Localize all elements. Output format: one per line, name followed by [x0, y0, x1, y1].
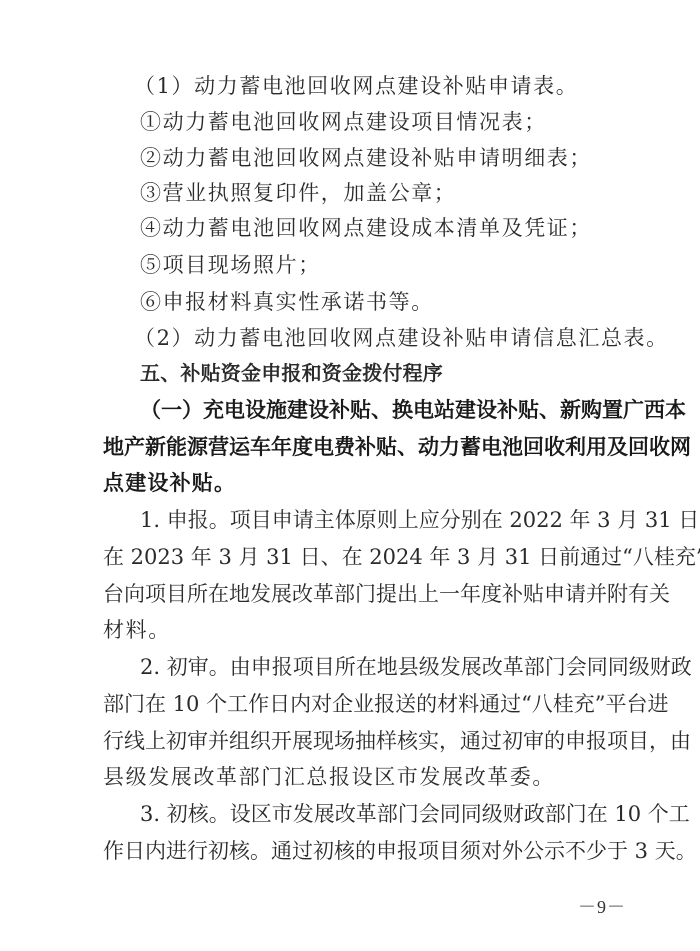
paragraph-line: 作日内进行初核。通过初核的申报项目须对外公示不少于 3 天。 — [103, 838, 615, 864]
paragraph-line: 材料。 — [103, 617, 615, 643]
attachment-sub-item: ⑥申报材料真实性承诺书等。 — [140, 289, 615, 315]
section-heading: 五、补贴资金申报和资金拨付程序 — [140, 360, 615, 386]
paragraph-line: 2. 初审。由申报项目所在地县级发展改革部门会同同级财政 — [140, 654, 615, 680]
attachment-sub-item: ④动力蓄电池回收网点建设成本清单及凭证； — [140, 215, 615, 241]
paragraph-line: 行线上初审并组织开展现场抽样核实，通过初审的申报项目，由 — [103, 728, 615, 754]
attachment-sub-item: ③营业执照复印件，加盖公章； — [140, 180, 615, 206]
attachment-item-1-title: （1）动力蓄电池回收网点建设补贴申请表。 — [134, 73, 646, 99]
paragraph-line: 3. 初核。设区市发展改革部门会同同级财政部门在 10 个工 — [140, 801, 615, 827]
paragraph-line: 1. 申报。项目申请主体原则上应分别在 2022 年 3 月 31 日、 — [140, 507, 615, 533]
paragraph-line: 部门在 10 个工作日内对企业报送的材料通过“八桂充”平台进 — [103, 691, 615, 717]
paragraph-line: 台向项目所在地发展改革部门提出上一年度补贴申请并附有关 — [103, 581, 615, 607]
paragraph-line: 在 2023 年 3 月 31 日、在 2024 年 3 月 31 日前通过“八… — [103, 544, 615, 570]
attachment-sub-item: ①动力蓄电池回收网点建设项目情况表； — [140, 109, 615, 135]
page-number: －9－ — [578, 893, 626, 919]
paragraph-line: 县级发展改革部门汇总报设区市发展改革委。 — [103, 764, 615, 790]
subsection-heading-line: 点建设补贴。 — [103, 470, 615, 496]
attachment-sub-item: ②动力蓄电池回收网点建设补贴申请明细表； — [140, 145, 615, 171]
subsection-heading-line: （一）充电设施建设补贴、换电站建设补贴、新购置广西本 — [140, 397, 615, 423]
document-page: （1）动力蓄电池回收网点建设补贴申请表。 ①动力蓄电池回收网点建设项目情况表； … — [0, 0, 700, 951]
attachment-item-2-title: （2）动力蓄电池回收网点建设补贴申请信息汇总表。 — [134, 325, 646, 351]
subsection-heading-line: 地产新能源营运车年度电费补贴、动力蓄电池回收利用及回收网 — [103, 434, 615, 460]
attachment-sub-item: ⑤项目现场照片； — [140, 252, 615, 278]
